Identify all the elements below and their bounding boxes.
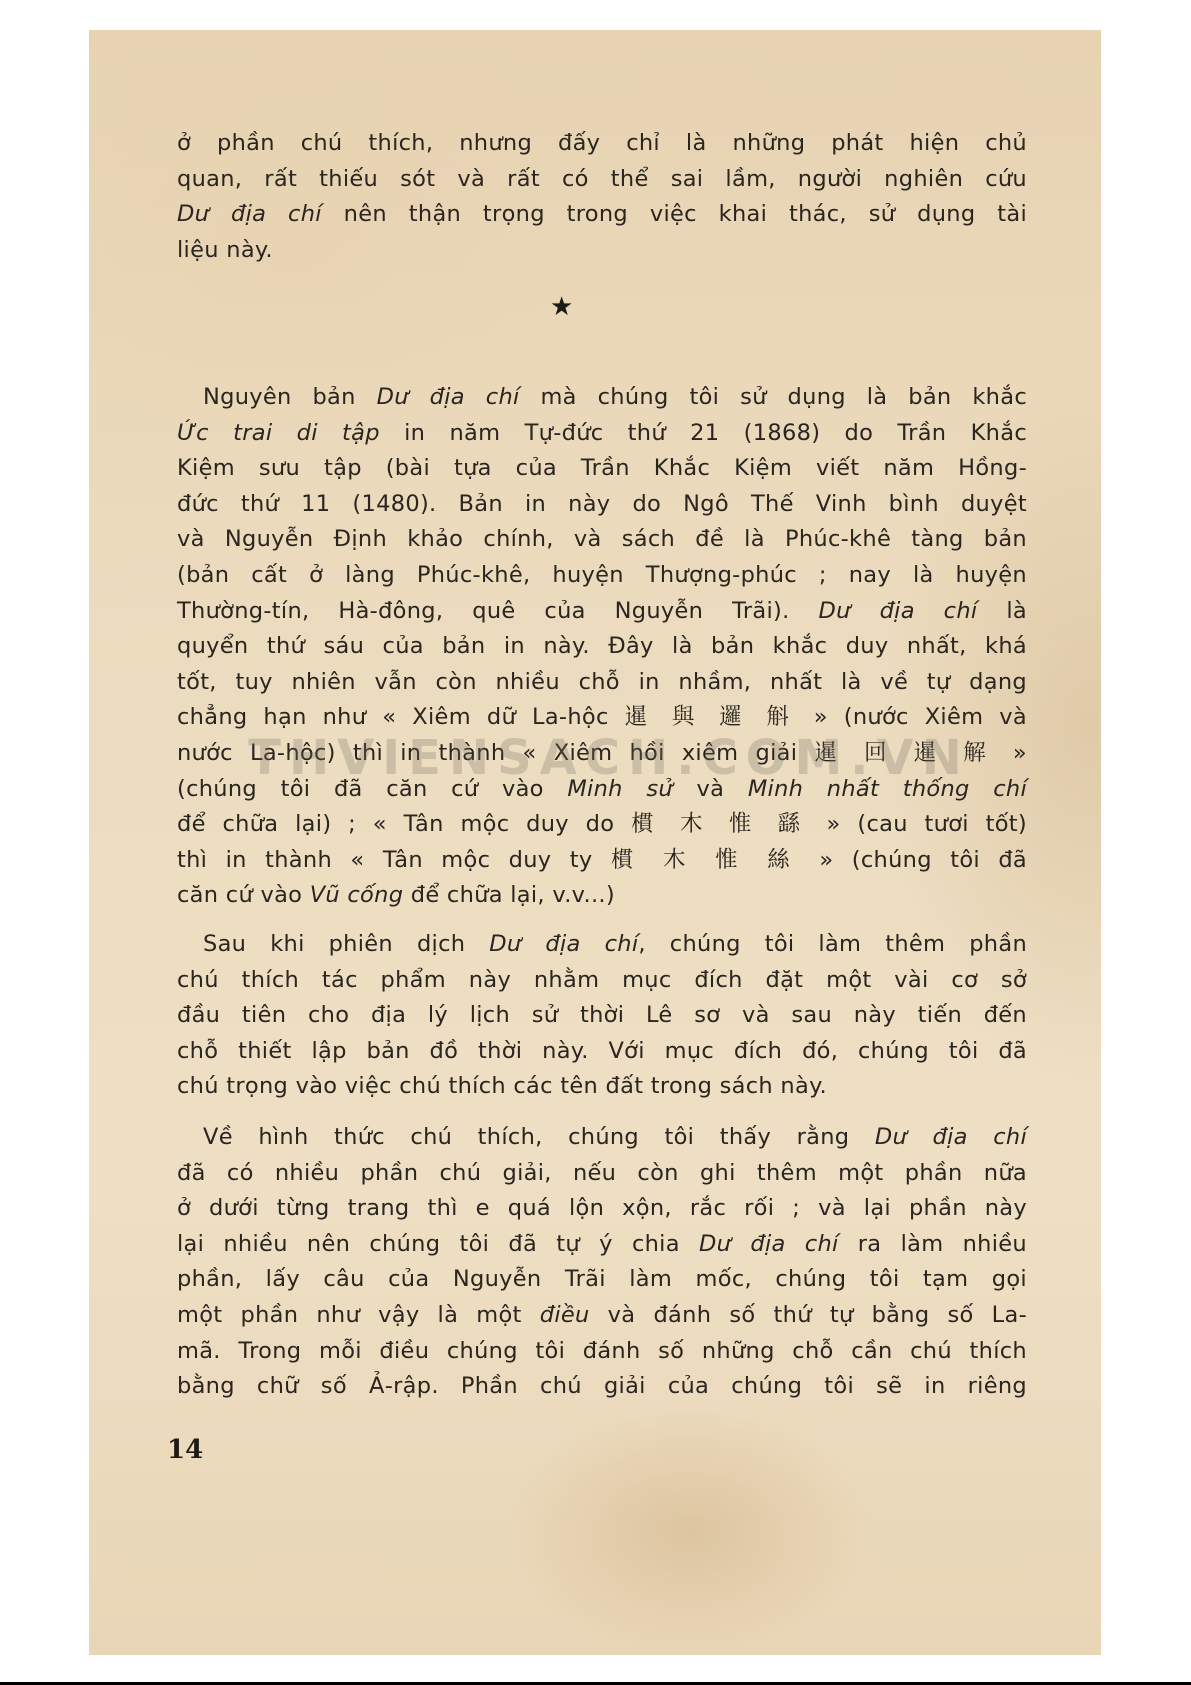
book-page: ở phần chú thích, nhưng đấy chỉ là những… (89, 30, 1101, 1655)
text-line: liệu này. (177, 233, 1027, 269)
text-line: Sau khi phiên dịch Dư địa chí, chúng tôi… (177, 927, 1027, 963)
paragraph-annotation-purpose: Sau khi phiên dịch Dư địa chí, chúng tôi… (177, 927, 1027, 1105)
text-line: bằng chữ số Ả-rập. Phần chú giải của chú… (177, 1369, 1027, 1405)
text-line: chú trọng vào việc chú thích các tên đất… (177, 1069, 1027, 1105)
text-line: phần, lấy câu của Nguyễn Trãi làm mốc, c… (177, 1262, 1027, 1298)
paragraph-original-edition: Nguyên bản Dư địa chí mà chúng tôi sử dụ… (177, 380, 1027, 914)
text-line: Nguyên bản Dư địa chí mà chúng tôi sử dụ… (177, 380, 1027, 416)
text-line: đức thứ 11 (1480). Bản in này do Ngô Thế… (177, 487, 1027, 523)
watermark: THVIENSACH.COM.VN (229, 730, 989, 786)
book-title: Dư địa chí (699, 1231, 839, 1257)
text-line: đã có nhiều phần chú giải, nếu còn ghi t… (177, 1156, 1027, 1192)
text-line: Kiệm sưu tập (bài tựa của Trần Khắc Kiệm… (177, 451, 1027, 487)
text-line: Thường-tín, Hà-đông, quê của Nguyễn Trãi… (177, 594, 1027, 630)
paragraph-annotation-format: Về hình thức chú thích, chúng tôi thấy r… (177, 1120, 1027, 1405)
text-line: Về hình thức chú thích, chúng tôi thấy r… (177, 1120, 1027, 1156)
text-line: căn cứ vào Vũ cống để chữa lại, v.v...) (177, 878, 1027, 914)
text-line: quyển thứ sáu của bản in này. Đây là bản… (177, 629, 1027, 665)
book-title: Dư địa chí (818, 598, 977, 624)
book-title: Dư địa chí (377, 384, 520, 410)
emphasis-term: điều (540, 1302, 590, 1328)
text-line: tốt, tuy nhiên vẫn còn nhiều chỗ in nhầm… (177, 665, 1027, 701)
text-line: chỗ thiết lập bản đồ thời này. Với mục đ… (177, 1034, 1027, 1070)
paragraph-continuation: ở phần chú thích, nhưng đấy chỉ là những… (177, 126, 1027, 268)
text-line: mã. Trong mỗi điều chúng tôi đánh số nhữ… (177, 1334, 1027, 1370)
text-line: Dư địa chí nên thận trọng trong việc kha… (177, 197, 1027, 233)
text-line: (bản cất ở làng Phúc-khê, huyện Thượng-p… (177, 558, 1027, 594)
text-line: và Nguyễn Định khảo chính, và sách đề là… (177, 522, 1027, 558)
text-line: thì in thành « Tân mộc duy ty 樌 木 惟 絲 » … (177, 843, 1027, 879)
text-line: để chữa lại) ; « Tân mộc duy do 樌 木 惟 繇 … (177, 807, 1027, 843)
page-number: 14 (167, 1435, 203, 1465)
text-line: quan, rất thiếu sót và rất có thể sai lầ… (177, 162, 1027, 198)
book-title: Vũ cống (310, 882, 404, 908)
text-line: Ức trai di tập in năm Tự-đức thứ 21 (186… (177, 416, 1027, 452)
book-title: Dư địa chí (177, 201, 322, 227)
book-title: Dư địa chí (875, 1124, 1027, 1150)
text-line: đầu tiên cho địa lý lịch sử thời Lê sơ v… (177, 998, 1027, 1034)
text-line: ở phần chú thích, nhưng đấy chỉ là những… (177, 126, 1027, 162)
text-line: ở dưới từng trang thì e quá lộn xộn, rắc… (177, 1191, 1027, 1227)
book-title: Ức trai di tập (177, 420, 380, 446)
text-line: lại nhiều nên chúng tôi đã tự ý chia Dư … (177, 1227, 1027, 1263)
text-line: một phần như vậy là một điều và đánh số … (177, 1298, 1027, 1334)
text-line: chú thích tác phẩm này nhằm mục đích đặt… (177, 963, 1027, 999)
star-icon: ★ (550, 292, 573, 322)
book-title: Dư địa chí (489, 931, 638, 957)
